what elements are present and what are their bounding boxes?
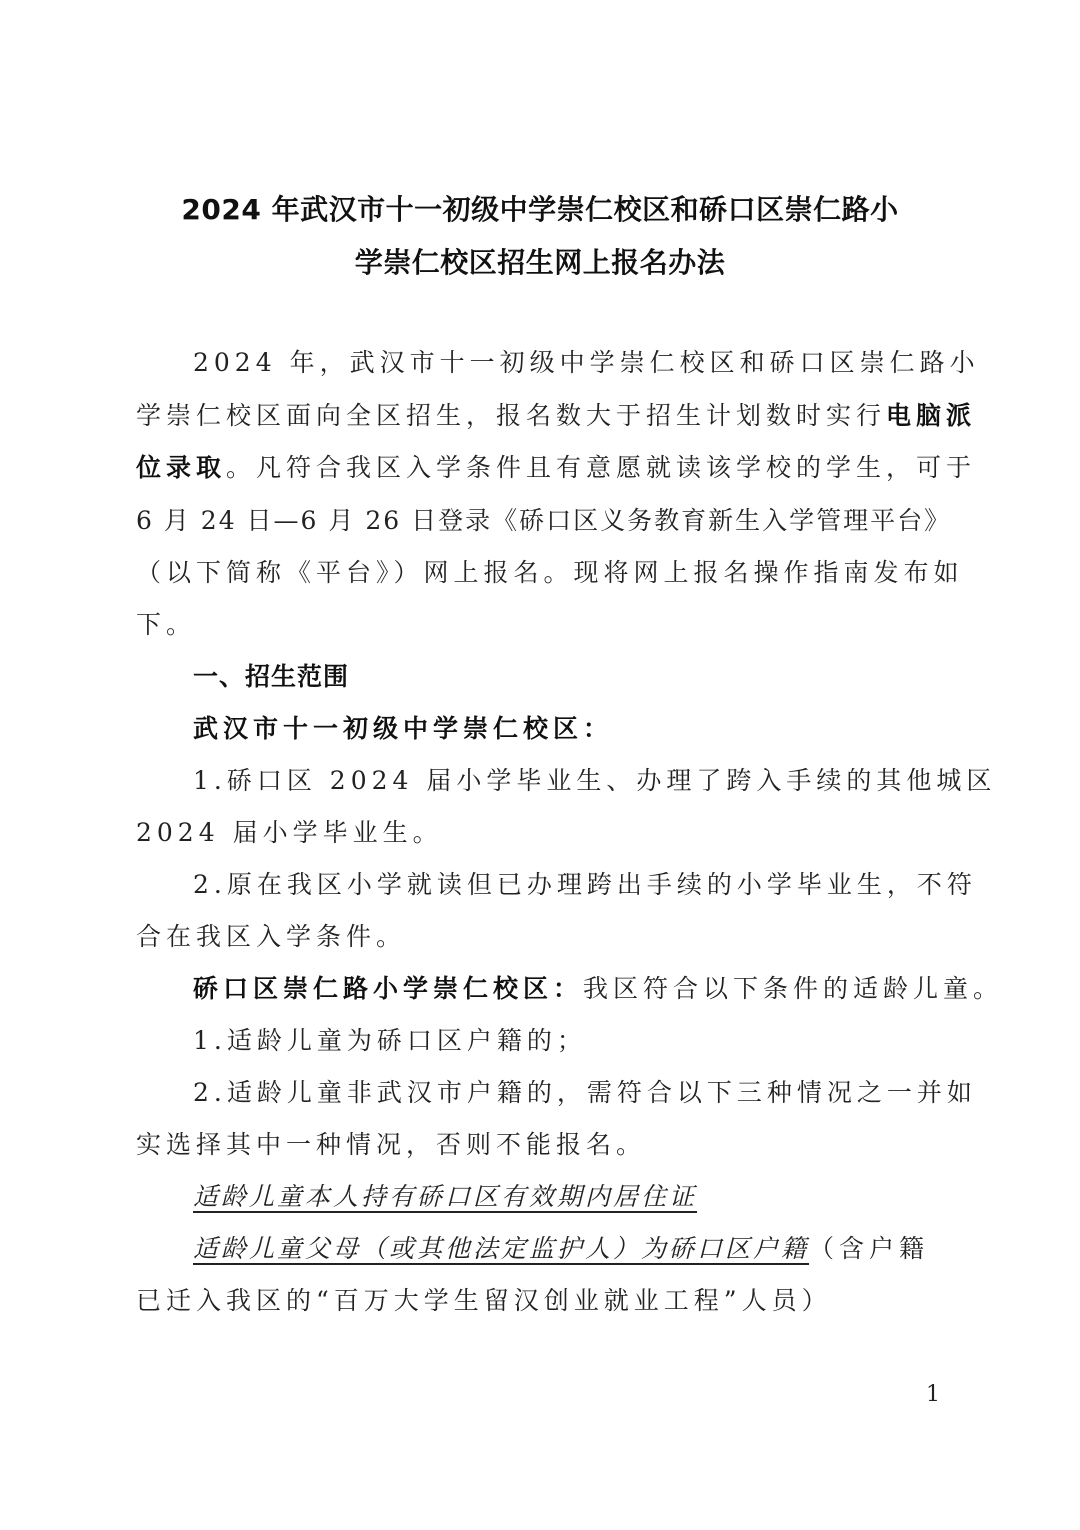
- intro-emphasis-computer-lottery: 电脑派: [886, 401, 976, 430]
- document-page: 2024 年武汉市十一初级中学崇仁校区和硚口区崇仁路小 学崇仁校区招生网上报名办…: [0, 0, 1080, 1530]
- document-title-line-2: 学崇仁校区招生网上报名办法: [120, 241, 960, 281]
- school-b-case-2-suffix: （含户籍: [809, 1234, 929, 1263]
- page-number: 1: [926, 1382, 940, 1407]
- school-b-label-suffix: 我区符合以下条件的适龄儿童。: [583, 974, 1003, 1003]
- school-b-item-2-line-2: 实选择其中一种情况，否则不能报名。: [136, 1128, 941, 1162]
- school-a-item-2-line-2: 合在我区入学条件。: [136, 920, 941, 954]
- school-a-item-1-line-2: 2024 届小学毕业生。: [136, 816, 941, 850]
- intro-line-3: 位录取。凡符合我区入学条件且有意愿就读该学校的学生，可于: [136, 451, 941, 485]
- school-b-case-2-line: 适龄儿童父母（或其他法定监护人）为硚口区户籍（含户籍: [193, 1232, 941, 1266]
- intro-emphasis-admission: 位录取: [136, 453, 226, 482]
- intro-line-4: 6 月 24 日—6 月 26 日登录《硚口区义务教育新生入学管理平台》: [136, 504, 941, 538]
- school-b-case-1: 适龄儿童本人持有硚口区有效期内居住证: [193, 1182, 697, 1211]
- school-b-label: 硚口区崇仁路小学崇仁校区：: [193, 974, 583, 1003]
- school-a-item-1-line-1: 1.硚口区 2024 届小学毕业生、办理了跨入手续的其他城区: [193, 764, 941, 798]
- school-b-label-line: 硚口区崇仁路小学崇仁校区：我区符合以下条件的适龄儿童。: [193, 972, 941, 1006]
- intro-line-2-text: 学崇仁校区面向全区招生，报名数大于招生计划数时实行: [136, 401, 886, 430]
- section-1-heading: 一、招生范围: [193, 660, 941, 694]
- school-b-case-1-line: 适龄儿童本人持有硚口区有效期内居住证: [193, 1180, 941, 1214]
- school-a-label: 武汉市十一初级中学崇仁校区：: [193, 712, 941, 746]
- intro-line-1: 2024 年，武汉市十一初级中学崇仁校区和硚口区崇仁路小: [193, 346, 941, 380]
- school-b-case-2: 适龄儿童父母（或其他法定监护人）为硚口区户籍: [193, 1234, 809, 1263]
- school-b-item-2-line-1: 2.适龄儿童非武汉市户籍的，需符合以下三种情况之一并如: [193, 1076, 941, 1110]
- intro-line-3-text: 。凡符合我区入学条件且有意愿就读该学校的学生，可于: [226, 453, 976, 482]
- school-b-item-1: 1.适龄儿童为硚口区户籍的；: [193, 1024, 941, 1058]
- intro-line-6: 下。: [136, 608, 941, 642]
- school-a-item-2-line-1: 2.原在我区小学就读但已办理跨出手续的小学毕业生，不符: [193, 868, 941, 902]
- school-b-case-2-line-2: 已迁入我区的“百万大学生留汉创业就业工程”人员）: [136, 1284, 941, 1318]
- intro-line-5: （以下简称《平台》）网上报名。现将网上报名操作指南发布如: [136, 556, 941, 590]
- document-title-line-1: 2024 年武汉市十一初级中学崇仁校区和硚口区崇仁路小: [120, 188, 960, 228]
- intro-line-2: 学崇仁校区面向全区招生，报名数大于招生计划数时实行电脑派: [136, 399, 941, 433]
